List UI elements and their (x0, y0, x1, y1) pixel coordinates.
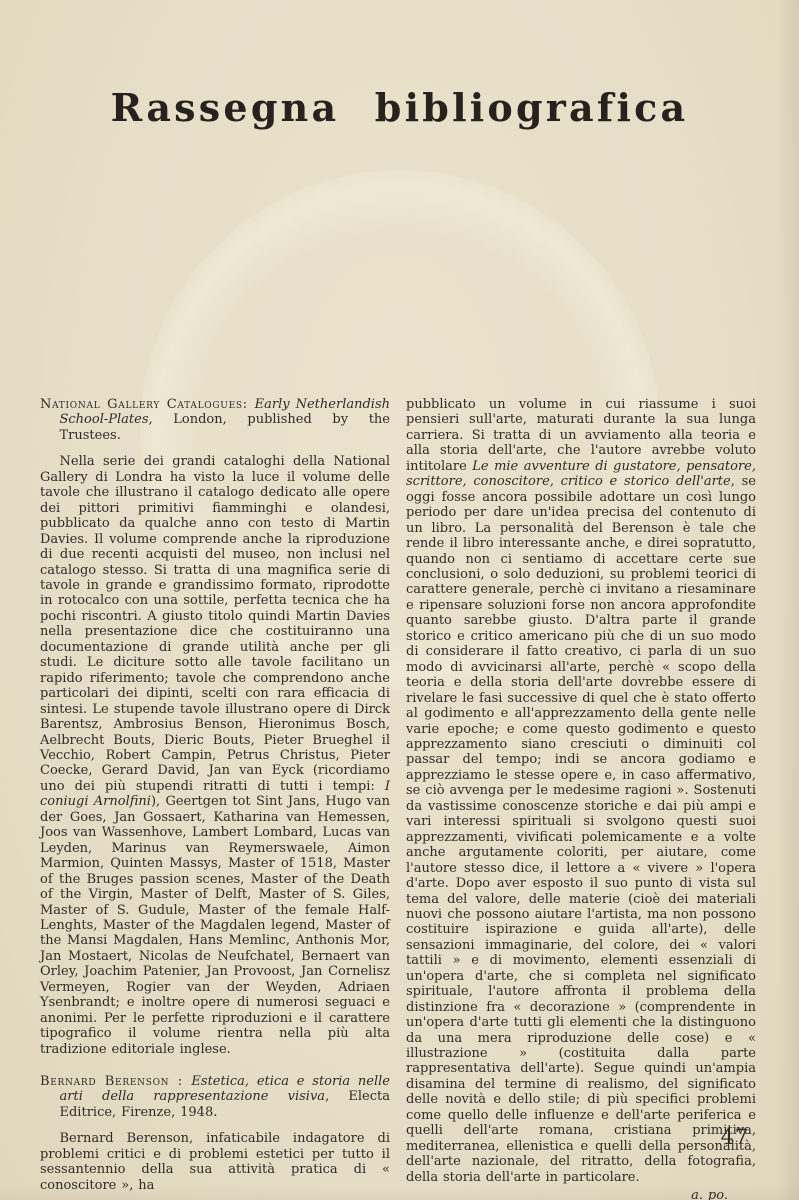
review-paragraph-national-gallery: Nella serie dei grandi cataloghi della N… (40, 454, 390, 1057)
scanned-book-page: Rassegna bibliografica National Gallery … (0, 0, 799, 1200)
review-paragraph-berenson-start: Bernard Berenson, infaticabile indagator… (40, 1131, 390, 1193)
section-title: Rassegna bibliografica (0, 85, 799, 130)
entry-author: National Gallery Catalogues: (40, 397, 255, 412)
page-number: 47 (721, 1125, 749, 1149)
entry-heading-berenson: Bernard Berenson : Estetica, etica e sto… (40, 1074, 390, 1120)
right-column: pubblicato un volume in cui riassume i s… (406, 397, 756, 1200)
review-paragraph-berenson-continued: pubblicato un volume in cui riassume i s… (406, 397, 756, 1185)
entry-author: Bernard Berenson : (40, 1074, 191, 1089)
reviewer-initials: a. po. (406, 1188, 756, 1200)
review-text: Nella serie dei grandi cataloghi della N… (40, 454, 390, 794)
left-column: National Gallery Catalogues: Early Nethe… (40, 397, 390, 1200)
entry-heading-national-gallery: National Gallery Catalogues: Early Nethe… (40, 397, 390, 443)
review-text: ), Geertgen tot Sint Jans, Hugo van der … (40, 794, 390, 1056)
page-edge-shadow-right (777, 0, 799, 1200)
two-column-text-block: National Gallery Catalogues: Early Nethe… (40, 397, 756, 1200)
review-text: , se oggi fosse ancora possibile adottar… (406, 474, 756, 1184)
